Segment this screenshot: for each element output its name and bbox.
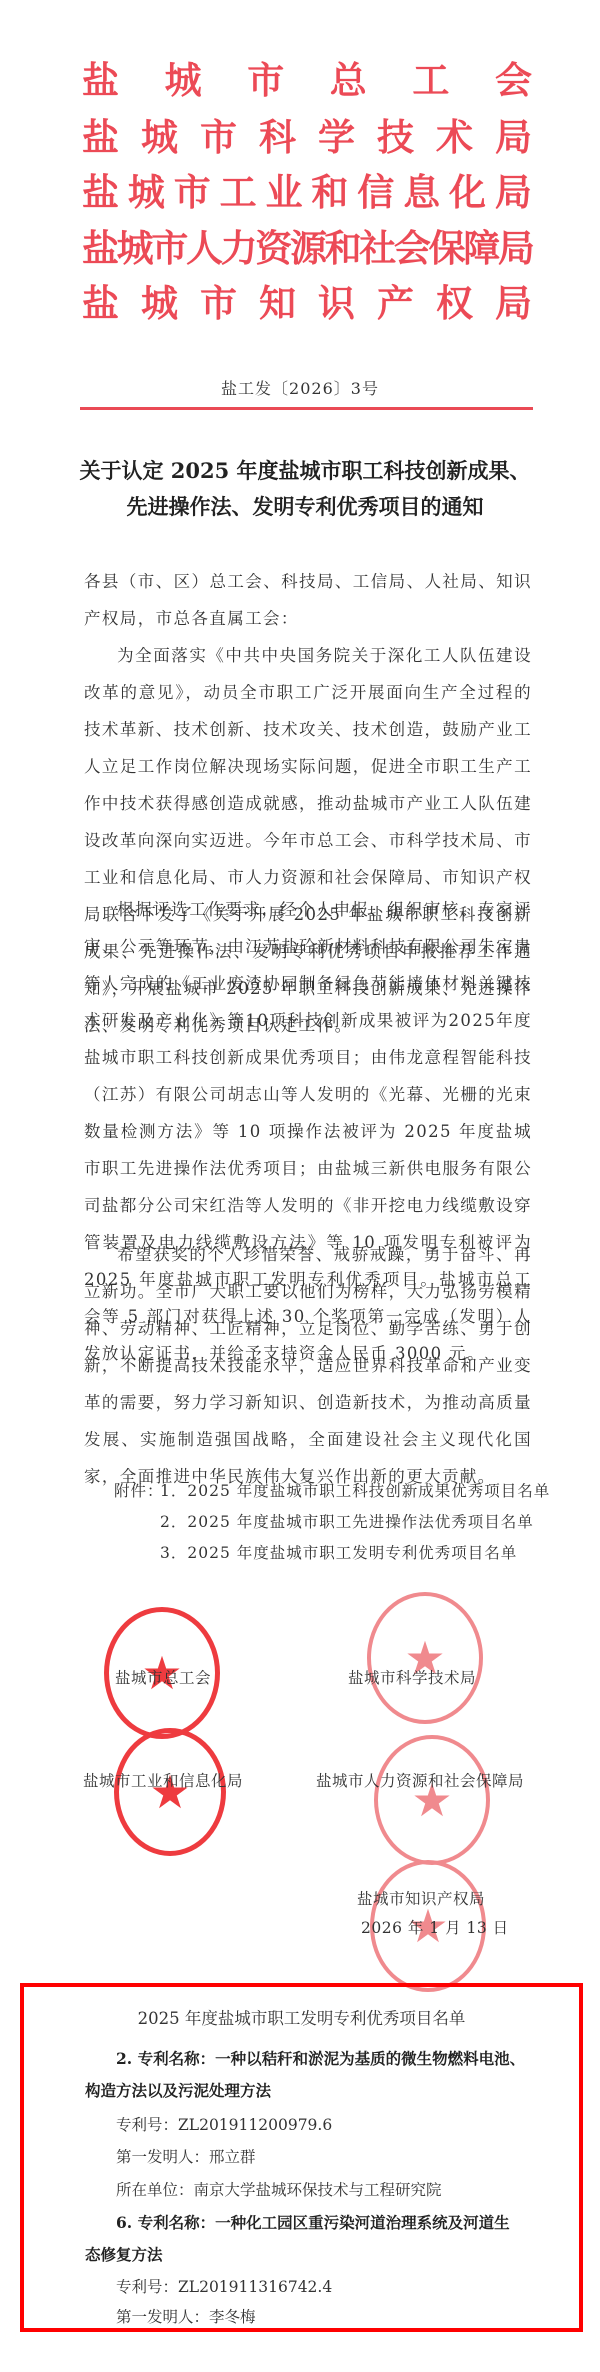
entry-2-name-line1: 2. 专利名称：一种以秸秆和淤泥为基质的微生物燃料电池、 [116, 2047, 525, 2069]
stamp-hr-bureau: ★ [374, 1735, 490, 1865]
letterhead-line-hr: 盐 城 市 人 力 资 源 和 社 会 保 障 局 [82, 226, 532, 270]
char: 保 [429, 226, 463, 270]
char: 城 [128, 170, 165, 214]
char: 总 [330, 58, 367, 102]
entry-6-name-line2: 态修复方法 [85, 2243, 163, 2265]
stamp-industry-bureau: ★ [114, 1728, 226, 1856]
letterhead-line-federation: 盐 城 市 总 工 会 [82, 58, 532, 102]
char: 市 [151, 226, 185, 270]
char: 盐 [82, 115, 119, 159]
inventor-label: 第一发明人： [116, 2148, 209, 2166]
patent-no-value: ZL201911316742.4 [178, 2278, 332, 2296]
notice-title-line1: 关于认定 2025 年度盐城市职工科技创新成果、 [70, 453, 540, 488]
document-number: 盐工发〔2026〕3号 [0, 376, 600, 399]
patent-no-label: 专利号： [116, 2116, 178, 2134]
signature-science-bureau: 盐城市科学技术局 [348, 1666, 476, 1688]
patent-name: 一种以秸秆和淤泥为基质的微生物燃料电池、 [215, 2049, 525, 2068]
letterhead-divider [80, 407, 533, 410]
highlighted-excerpt-box: 2025 年度盐城市职工发明专利优秀项目名单 2. 专利名称：一种以秸秆和淤泥为… [20, 1983, 583, 2332]
entry-label: 专利名称： [138, 2049, 216, 2068]
char: 局 [495, 281, 532, 325]
char: 盐 [82, 58, 119, 102]
char: 识 [318, 281, 355, 325]
char: 人 [186, 226, 220, 270]
char: 市 [174, 170, 211, 214]
char: 盐 [82, 170, 119, 214]
entry-6-name-line1: 6. 专利名称：一种化工园区重污染河道治理系统及河道生 [116, 2211, 510, 2233]
char: 和 [325, 226, 359, 270]
inventor-label: 第一发明人： [116, 2308, 209, 2326]
org-value: 南京大学盐城环保技术与工程研究院 [194, 2181, 442, 2199]
body-paragraph-3: 希望获奖的个人珍惜荣誉、戒骄戒躁，勇于奋斗、再立新功。全市广大职工要以他们为榜样… [84, 1236, 532, 1495]
char: 术 [436, 115, 473, 159]
char: 会 [495, 58, 532, 102]
attachments-label: 附件： [114, 1479, 164, 1501]
entry-2-inventor: 第一发明人：邢立群 [116, 2145, 256, 2167]
signature-hr-bureau: 盐城市人力资源和社会保障局 [316, 1769, 524, 1791]
signature-federation: 盐城市总工会 [115, 1666, 211, 1688]
attachment-item-1: 1．2025 年度盐城市职工科技创新成果优秀项目名单 [160, 1479, 550, 1501]
char: 局 [495, 115, 532, 159]
char: 信 [357, 170, 394, 214]
entry-index: 2. [116, 2049, 132, 2068]
patent-no-value: ZL201911200979.6 [178, 2116, 332, 2134]
char: 城 [141, 281, 178, 325]
char: 力 [221, 226, 255, 270]
excerpt-title: 2025 年度盐城市职工发明专利优秀项目名单 [24, 2005, 579, 2029]
char: 源 [290, 226, 324, 270]
char: 资 [255, 226, 289, 270]
char: 化 [449, 170, 486, 214]
char: 局 [498, 226, 532, 270]
entry-label: 专利名称： [138, 2213, 216, 2232]
signature-industry-bureau: 盐城市工业和信息化局 [83, 1769, 243, 1791]
char: 工 [412, 58, 449, 102]
char: 会 [394, 226, 428, 270]
paragraph-text: 希望获奖的个人珍惜荣誉、戒骄戒躁，勇于奋斗、再立新功。全市广大职工要以他们为榜样… [84, 1245, 532, 1486]
addressee: 各县（市、区）总工会、科技局、工信局、人社局、知识产权局，市总各直属工会： [84, 563, 532, 637]
letterhead-line-ip: 盐 城 市 知 识 产 权 局 [82, 281, 532, 325]
char: 工 [220, 170, 257, 214]
org-label: 所在单位： [116, 2181, 194, 2199]
char: 局 [495, 170, 532, 214]
attachment-item-2: 2．2025 年度盐城市职工先进操作法优秀项目名单 [160, 1510, 534, 1532]
attachment-item-3: 3．2025 年度盐城市职工发明专利优秀项目名单 [160, 1541, 517, 1563]
char: 市 [200, 281, 237, 325]
char: 城 [117, 226, 151, 270]
char: 市 [200, 115, 237, 159]
entry-index: 6. [116, 2213, 132, 2232]
char: 盐 [82, 281, 119, 325]
char: 社 [359, 226, 393, 270]
entry-2-patent-number: 专利号：ZL201911200979.6 [116, 2113, 332, 2135]
signature-ip-bureau: 盐城市知识产权局 [357, 1887, 485, 1909]
issue-date: 2026 年 1 月 13 日 [361, 1916, 509, 1938]
stamp-science-bureau: ★ [367, 1592, 483, 1724]
letterhead-line-industry: 盐 城 市 工 业 和 信 息 化 局 [82, 170, 532, 214]
entry-2-organization: 所在单位：南京大学盐城环保技术与工程研究院 [116, 2178, 442, 2200]
char: 城 [165, 58, 202, 102]
char: 权 [436, 281, 473, 325]
inventor-value: 邢立群 [209, 2148, 256, 2166]
entry-2-name-line2: 构造方法以及污泥处理方法 [85, 2079, 271, 2101]
notice-title-line2: 先进操作法、发明专利优秀项目的通知 [70, 489, 540, 524]
entry-6-patent-number: 专利号：ZL201911316742.4 [116, 2275, 332, 2297]
char: 息 [403, 170, 440, 214]
patent-no-label: 专利号： [116, 2278, 178, 2296]
inventor-value: 李冬梅 [209, 2308, 256, 2326]
patent-name: 一种化工园区重污染河道治理系统及河道生 [215, 2213, 510, 2232]
char: 知 [259, 281, 296, 325]
char: 产 [377, 281, 414, 325]
char: 技 [377, 115, 414, 159]
entry-6-inventor: 第一发明人：李冬梅 [116, 2305, 256, 2327]
char: 科 [259, 115, 296, 159]
letterhead-line-science: 盐 城 市 科 学 技 术 局 [82, 115, 532, 159]
char: 业 [266, 170, 303, 214]
char: 和 [311, 170, 348, 214]
char: 学 [318, 115, 355, 159]
char: 市 [247, 58, 284, 102]
char: 盐 [82, 226, 116, 270]
char: 障 [463, 226, 497, 270]
char: 城 [141, 115, 178, 159]
